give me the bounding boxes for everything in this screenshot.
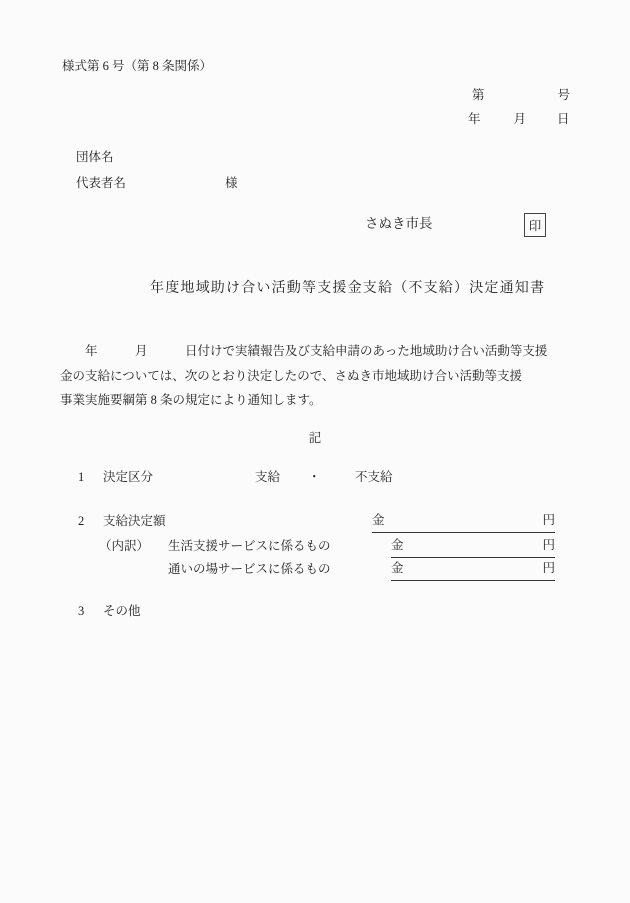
date-month-label: 月 [514,112,527,128]
item1-option-no-grant: 不支給 [355,470,393,486]
breakdown-row2-label: 通いの場サービスに係るもの [168,562,331,578]
issue-date-line: 年 月 日 [468,112,570,128]
document-title: 年度地域助け合い活動等支援金支給（不支給）決定通知書 [150,280,545,298]
date-month-blank [526,122,557,123]
body-line-2: 金の支給については、次のとおり決定したので、さぬき市地域助け合い活動等支援 [60,369,522,385]
amount-gathering-place-field: 金 円 [391,561,555,581]
amount-total-suffix: 円 [542,513,555,527]
amount-total-field: 金 円 [372,513,555,533]
item2-number: 2 [78,514,84,530]
date-day-label: 日 [557,112,570,128]
item1-option-separator-dot: ・ [308,470,321,486]
notice-document-page: 様式第 6 号（第 8 条関係） 第 号 年 月 日 団体名 代表者名 様 さぬ… [0,0,630,903]
item1-number: 1 [78,470,84,486]
seal-stamp: 印 [524,213,546,237]
amount-life-support-prefix: 金 [391,538,404,552]
doc-number-line: 第 号 [472,88,570,104]
breakdown-label: （内訳） [99,539,149,555]
breakdown-row1-label: 生活支援サービスに係るもの [168,539,331,555]
item2-label: 支給決定額 [103,514,166,530]
honorific-label: 様 [225,176,238,192]
representative-label: 代表者名 [76,176,126,192]
body-line-3: 事業実施要綱第 8 条の規定により通知します。 [60,393,322,409]
org-name-label: 団体名 [76,150,114,166]
amount-total-prefix: 金 [372,513,385,527]
form-number: 様式第 6 号（第 8 条関係） [62,59,212,75]
amount-life-support-suffix: 円 [542,538,555,552]
item3-number: 3 [78,604,84,620]
section-marker: 記 [0,431,630,447]
mayor-title: さぬき市長 [365,216,433,233]
item3-label: その他 [103,604,141,620]
date-year-label: 年 [468,112,481,128]
doc-number-suffix: 号 [558,88,571,104]
item1-option-grant: 支給 [255,470,280,486]
body-line-1: 年 月 日付けで実績報告及び支給申請のあった地域助け合い活動等支援 [60,344,547,360]
representative-line: 代表者名 様 [76,176,238,192]
item1-label: 決定区分 [103,470,153,486]
amount-life-support-field: 金 円 [391,538,555,558]
doc-number-blank [485,98,558,99]
representative-name-blank [126,186,225,187]
amount-gathering-place-suffix: 円 [542,561,555,575]
doc-number-prefix: 第 [472,88,485,104]
date-year-blank [481,122,514,123]
amount-gathering-place-prefix: 金 [391,561,404,575]
